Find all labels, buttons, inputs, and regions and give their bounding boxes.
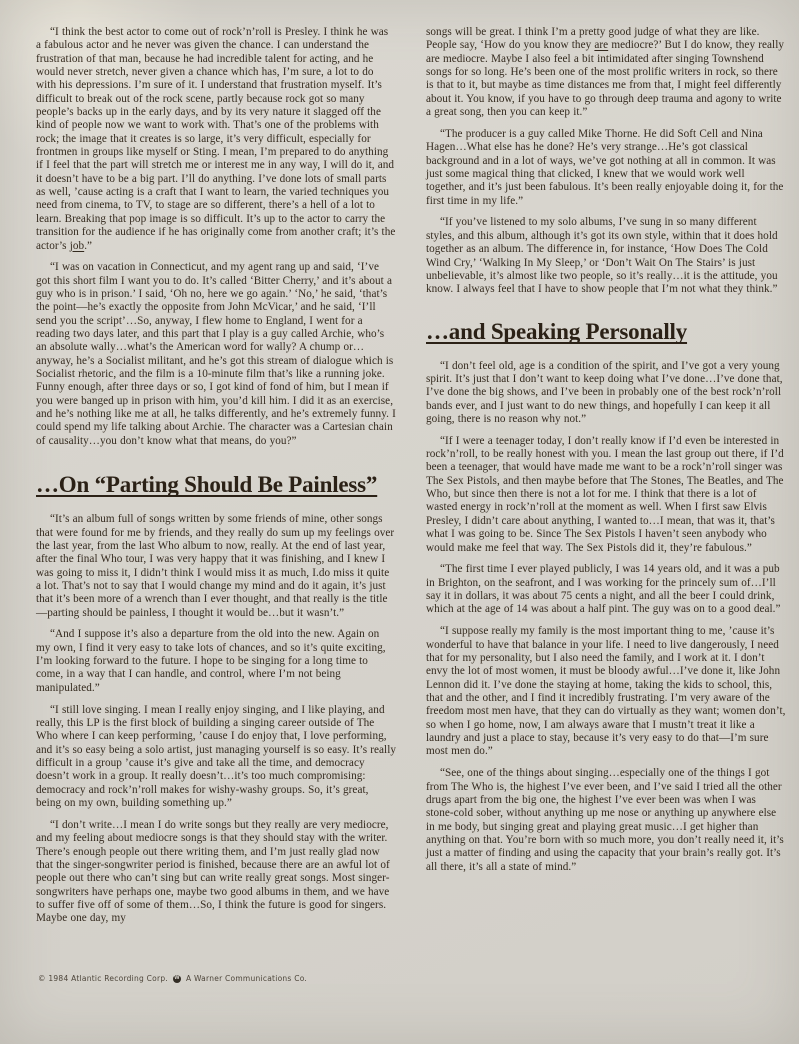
section-heading-personally: …and Speaking Personally [426, 319, 786, 345]
right-column: songs will be great. I think I’m a prett… [426, 26, 786, 934]
paragraph: “If you’ve listened to my solo albums, I… [426, 216, 786, 296]
copyright-text: © 1984 Atlantic Recording Corp. [38, 974, 168, 983]
paragraph: “I don’t write…I mean I do write songs b… [36, 819, 396, 926]
section-heading-parting: …On “Parting Should Be Painless” [36, 472, 396, 498]
paragraph: songs will be great. I think I’m a prett… [426, 26, 786, 119]
paragraph: “And I suppose it’s also a departure fro… [36, 628, 396, 695]
paragraph: “It’s an album full of songs written by … [36, 513, 396, 620]
paragraph-text: “I think the best actor to come out of r… [36, 26, 395, 252]
paragraph: “The producer is a guy called Mike Thorn… [426, 128, 786, 208]
paragraph: “I still love singing. I mean I really e… [36, 704, 396, 811]
warner-communications-logo-icon: W [173, 975, 181, 983]
left-column: “I think the best actor to come out of r… [36, 26, 396, 934]
document-page: “I think the best actor to come out of r… [0, 0, 799, 1044]
paragraph: “See, one of the things about singing…es… [426, 767, 786, 874]
paragraph: “I don’t feel old, age is a condition of… [426, 360, 786, 427]
copyright-line: © 1984 Atlantic Recording Corp. W A Warn… [38, 974, 307, 983]
paragraph: “The first time I ever played publicly, … [426, 563, 786, 616]
paragraph-text: .” [84, 240, 92, 252]
two-column-layout: “I think the best actor to come out of r… [36, 26, 771, 934]
paragraph: “If I were a teenager today, I don’t rea… [426, 435, 786, 555]
warner-company-text: A Warner Communications Co. [186, 974, 307, 983]
paragraph: “I think the best actor to come out of r… [36, 26, 396, 253]
paragraph: “I suppose really my family is the most … [426, 625, 786, 758]
paragraph: “I was on vacation in Connecticut, and m… [36, 261, 396, 448]
underlined-word: are [594, 39, 608, 51]
underlined-word: job [70, 240, 84, 252]
